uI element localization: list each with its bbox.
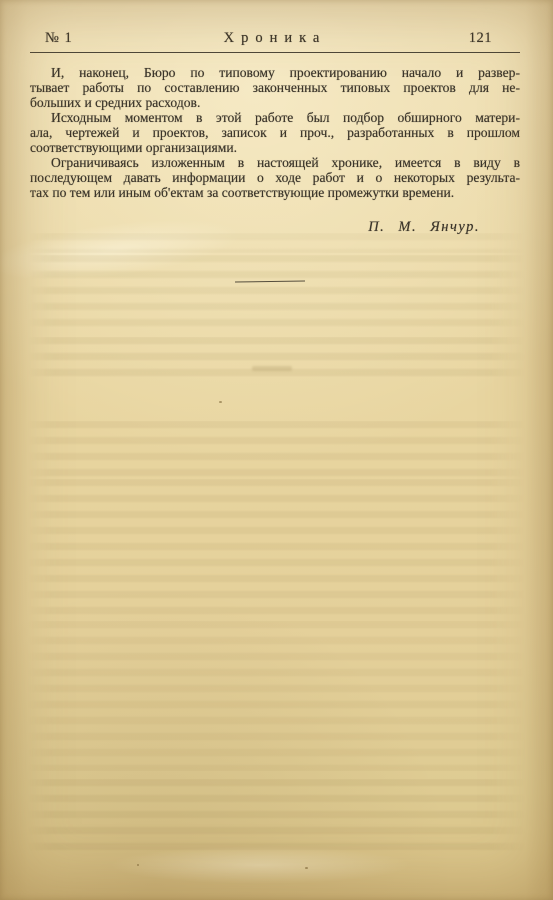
paper-speck xyxy=(137,864,139,866)
paragraph-3: Ограничиваясь изложенным в настоящей хро… xyxy=(30,155,520,200)
text-line: последующем давать информации о ходе раб… xyxy=(30,170,520,185)
bleed-through-texture xyxy=(28,421,525,477)
paper-speck xyxy=(305,867,308,869)
text-line: тывает работы по составлению законченных… xyxy=(30,80,520,95)
text-line: тах по тем или иным об'ектам за соответс… xyxy=(30,185,520,200)
paragraph-2: Исходным моментом в этой работе был подб… xyxy=(30,110,520,155)
text-line: Исходным моментом в этой работе был подб… xyxy=(30,110,520,125)
issue-number: № 1 xyxy=(45,30,73,47)
bleed-through-texture xyxy=(28,621,525,771)
paper-speck xyxy=(219,401,222,403)
scanned-journal-page: № 1 Хроника 121 И, наконец, Бюро по типо… xyxy=(0,0,553,900)
printed-content: № 1 Хроника 121 И, наконец, Бюро по типо… xyxy=(0,0,553,282)
page-header: № 1 Хроника 121 xyxy=(30,30,520,49)
bleed-through-texture xyxy=(28,479,525,617)
header-rule xyxy=(30,52,520,53)
paragraph-1: И, наконец, Бюро по типовому проектирова… xyxy=(30,65,520,110)
bleed-through-texture xyxy=(28,337,525,385)
text-line: больших и средних расходов. xyxy=(30,95,520,110)
page-number: 121 xyxy=(469,30,492,47)
text-line: соответствующими организациями. xyxy=(30,140,520,155)
bleed-through-texture xyxy=(28,779,525,857)
article-body: И, наконец, Бюро по типовому проектирова… xyxy=(30,65,520,200)
text-line: И, наконец, Бюро по типовому проектирова… xyxy=(30,65,520,80)
paper-sheen xyxy=(60,840,460,890)
page-title: Хроника xyxy=(224,30,327,47)
section-divider xyxy=(235,281,305,283)
text-line: Ограничиваясь изложенным в настоящей хро… xyxy=(30,155,520,170)
author-signature: П. М. Янчур. xyxy=(30,219,520,236)
bleed-through-divider-mark xyxy=(252,366,292,371)
text-line: ала, чертежей и проектов, записок и проч… xyxy=(30,125,520,140)
